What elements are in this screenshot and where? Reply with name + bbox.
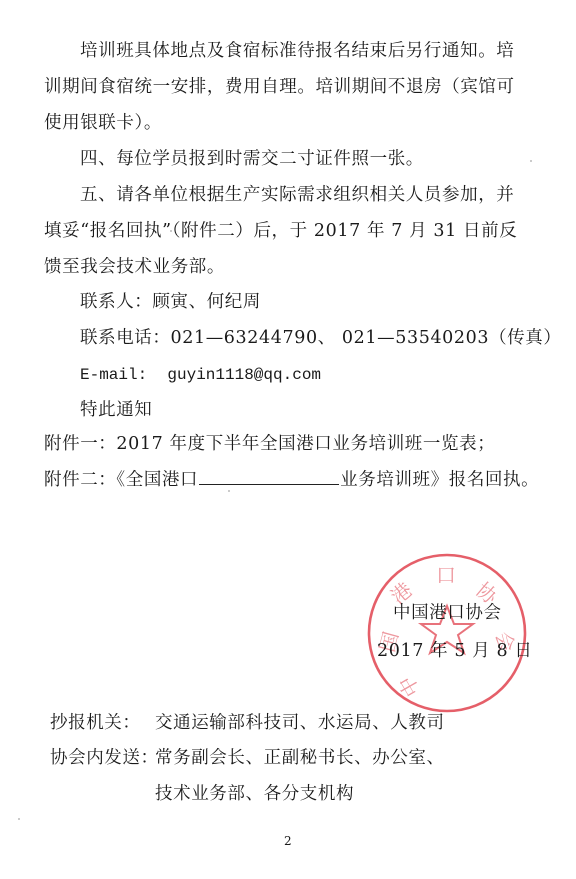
blank-underline [199,468,339,485]
internal-value-line2: 技术业务部、各分支机构 [155,783,354,805]
item-4: 四、每位学员报到时需交二寸证件照一张。 [80,148,424,170]
email-address: guyin1118@qq.com [167,366,321,384]
contact-phone: 联系电话：021—63244790、 021—53540203（传真） [80,327,562,349]
para1-line2: 训期间食宿统一安排，费用自理。培训期间不退房（宾馆可 [44,76,515,98]
item5-line1: 五、请各单位根据生产实际需求组织相关人员参加，并 [80,184,514,206]
scan-speck [530,160,532,162]
svg-text:口: 口 [436,563,456,587]
closing-text: 特此通知 [80,399,152,421]
scan-speck [170,230,172,232]
scan-speck [228,490,230,492]
cc-value: 交通运输部科技司、水运局、人教司 [155,712,445,734]
contact-people: 联系人：顾寅、何纪周 [80,291,261,313]
attachment-2: 附件二：《全国港口业务培训班》报名回执。 [44,468,539,491]
attachment-2-suffix: 业务培训班》报名回执。 [340,470,539,490]
official-seal-icon: 口 港 协 国 会 中 [366,552,528,714]
attachment-1: 附件一：2017 年度下半年全国港口业务培训班一览表； [44,433,495,455]
signature-date: 2017 年 5 月 8 日 [377,640,533,662]
internal-value-line1: 常务副会长、正副秘书长、办公室、 [155,747,445,769]
scan-speck [18,818,20,820]
cc-label: 抄报机关： [50,712,141,734]
para1-line1: 培训班具体地点及食宿标准待报名结束后另行通知。培 [80,40,514,62]
item5-line2: 填妥“报名回执”（附件二）后，于 2017 年 7 月 31 日前反 [44,220,517,242]
internal-label: 协会内发送： [50,747,159,769]
signature-org: 中国港口协会 [393,602,502,624]
para1-line3: 使用银联卡）。 [44,112,162,134]
contact-email-row: E-mail: guyin1118@qq.com [80,363,321,386]
page-number: 2 [284,834,292,848]
attachment-2-prefix: 附件二：《全国港口 [44,470,198,490]
svg-text:中: 中 [394,672,425,701]
email-label: E-mail: [80,366,147,384]
item5-line3: 馈至我会技术业务部。 [44,256,225,278]
